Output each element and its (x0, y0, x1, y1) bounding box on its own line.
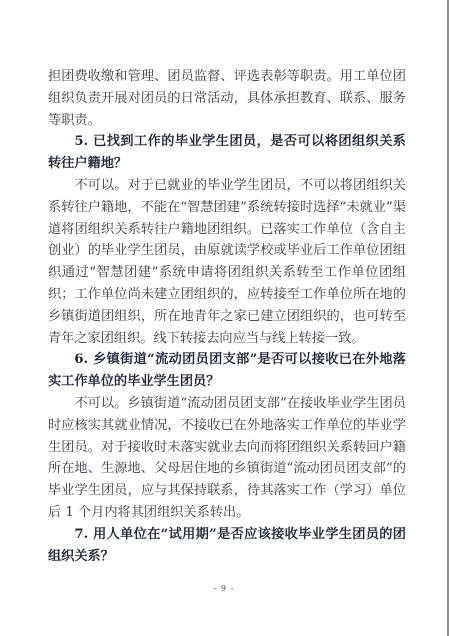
answer-6-paragraph: 不可以。乡镇街道“流动团员团支部”在接收毕业学生团员时应核实其就业情况，不接收已… (48, 393, 406, 524)
document-page: 担团费收缴和管理、团员监督、评选表彰等职责。用工单位团组织负责开展对团员的日常活… (0, 0, 450, 636)
document-body: 担团费收缴和管理、团员监督、评选表彰等职责。用工单位团组织负责开展对团员的日常活… (48, 66, 406, 567)
page-right-edge-divider (447, 0, 449, 636)
question-6-heading: 6. 乡镇街道“流动团员团支部”是否可以接收已在外地落实工作单位的毕业学生团员？ (48, 349, 406, 393)
paragraph-continuation: 担团费收缴和管理、团员监督、评选表彰等职责。用工单位团组织负责开展对团员的日常活… (48, 66, 406, 131)
question-7-heading: 7. 用人单位在“试用期”是否应该接收毕业学生团员的团组织关系？ (48, 524, 406, 568)
answer-5-paragraph: 不可以。对于已就业的毕业学生团员，不可以将团组织关系转往户籍地，不能在“智慧团建… (48, 175, 406, 349)
page-number: - 9 - (0, 584, 448, 593)
question-5-heading: 5. 已找到工作的毕业学生团员，是否可以将团组织关系转往户籍地？ (48, 131, 406, 175)
